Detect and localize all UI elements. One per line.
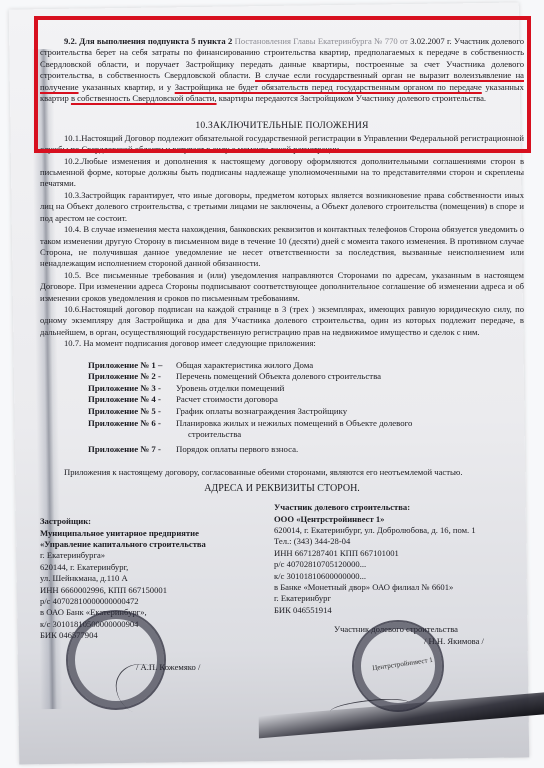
- annotation-highlight-box: [34, 16, 531, 153]
- details-title: АДРЕСА И РЕКВИЗИТЫ СТОРОН.: [40, 483, 524, 494]
- clause-10-3: 10.3.Застройщик гарантирует, что иные до…: [40, 190, 524, 224]
- appendix-item: Приложение № 5 - График оплаты вознаграж…: [88, 406, 524, 418]
- appendix-item: Приложение № 1 – Общая характеристика жи…: [88, 360, 524, 372]
- appendix-list: Приложение № 1 – Общая характеристика жи…: [88, 360, 524, 456]
- appendix-item: Приложение № 6 - Планировка жилых и нежи…: [88, 418, 524, 430]
- clause-10-2: 10.2.Любые изменения и дополнения к наст…: [40, 156, 524, 190]
- clause-10-6: 10.6.Настоящий договор подписан на каждо…: [40, 304, 524, 338]
- clause-10-4: 10.4. В случае изменения места нахождени…: [40, 224, 524, 270]
- appendix-item: строительства: [88, 429, 524, 441]
- clause-10-7: 10.7. На момент подписания договор имеет…: [40, 338, 524, 349]
- appendix-item: Приложение № 3 - Уровень отделки помещен…: [88, 383, 524, 395]
- participant-stamp: Центрстройинвест 1: [352, 620, 444, 712]
- clause-10-5: 10.5. Все письменные требования и (или) …: [40, 270, 524, 304]
- appendix-item: Приложение № 4 - Расчет стоимости догово…: [88, 394, 524, 406]
- appendix-item: Приложение № 2 - Перечень помещений Объе…: [88, 371, 524, 383]
- appendix-item: Приложение № 7 - Порядок оплаты первого …: [88, 444, 524, 456]
- appendix-closing: Приложения к настоящему договору, соглас…: [40, 467, 524, 478]
